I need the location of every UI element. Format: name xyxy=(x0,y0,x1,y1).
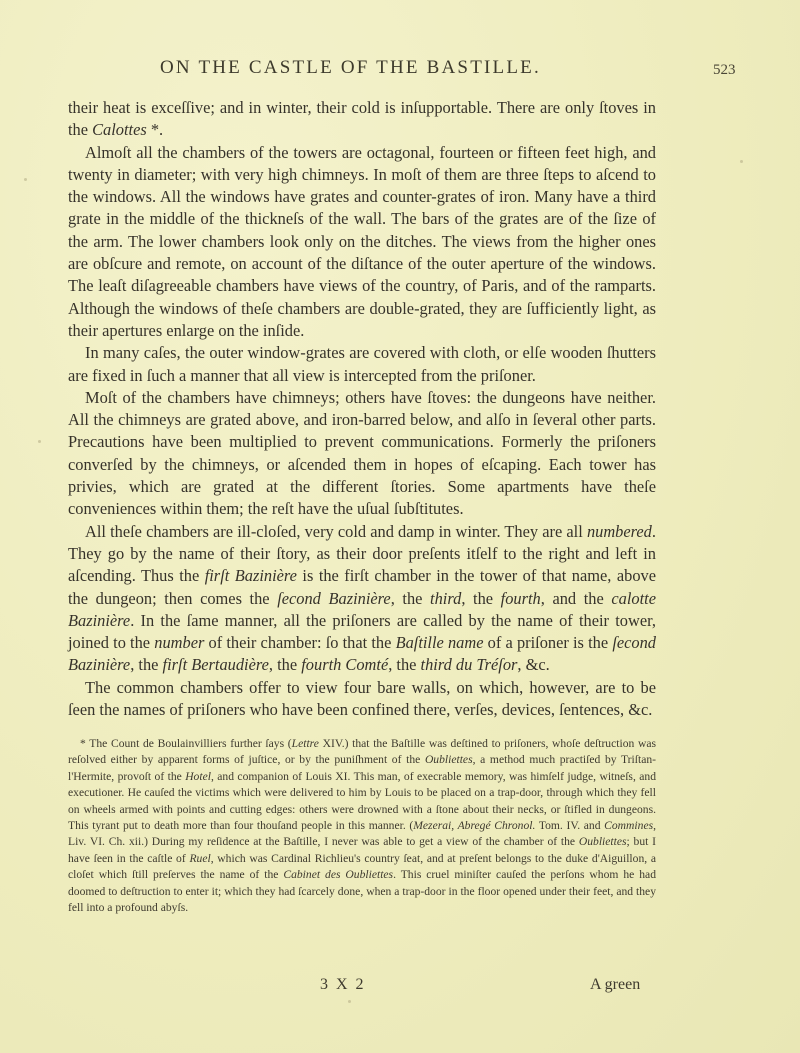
italic-text: number xyxy=(154,633,204,652)
paragraph: In many caſes, the outer window-grates a… xyxy=(68,342,656,387)
italic-text: Oubliettes xyxy=(579,835,627,848)
text-run: , the xyxy=(388,655,420,674)
italic-text: Lettre xyxy=(292,737,319,750)
italic-text: Calottes xyxy=(92,120,147,139)
italic-text: ſecond Bazinière xyxy=(277,589,391,608)
footnote-text: * The Count de Boulainvilliers further ſ… xyxy=(68,736,656,916)
italic-text: third xyxy=(430,589,461,608)
paragraph: Almoſt all the chambers of the towers ar… xyxy=(68,142,656,343)
text-run: , the xyxy=(269,655,301,674)
text-run: Almoſt all the chambers of the towers ar… xyxy=(68,143,656,340)
text-run: The common chambers offer to view four b… xyxy=(68,678,656,719)
text-run: *. xyxy=(147,120,163,139)
italic-text: Cabinet des Oubliettes xyxy=(283,868,393,881)
text-run: of their chamber: ſo that the xyxy=(204,633,395,652)
italic-text: Hotel xyxy=(185,770,211,783)
paper-speck xyxy=(24,178,27,181)
text-run: , and the xyxy=(541,589,612,608)
text-run: All theſe chambers are ill-cloſed, very … xyxy=(85,522,587,541)
italic-text: Baſtille name xyxy=(396,633,484,652)
paragraph: their heat is exceſſive; and in winter, … xyxy=(68,97,656,142)
italic-text: firſt Bertaudière xyxy=(163,655,269,674)
text-run: In many caſes, the outer window-grates a… xyxy=(68,343,656,384)
paper-speck xyxy=(740,160,743,163)
running-title: ON THE CASTLE OF THE BASTILLE. xyxy=(160,57,570,79)
catchword: A green xyxy=(590,976,640,994)
book-page: ON THE CASTLE OF THE BASTILLE. 523 their… xyxy=(0,0,800,1053)
paragraph: All theſe chambers are ill-cloſed, very … xyxy=(68,521,656,677)
italic-text: firſt Bazinière xyxy=(205,566,297,585)
signature-mark: 3 X 2 xyxy=(320,976,366,994)
text-run: * The Count de Boulainvilliers further ſ… xyxy=(80,737,292,750)
italic-text: numbered xyxy=(587,522,652,541)
italic-text: fourth xyxy=(501,589,541,608)
italic-text: third du Tréſor xyxy=(421,655,518,674)
text-run: , the xyxy=(130,655,162,674)
text-run: , the xyxy=(391,589,430,608)
text-run: Tom. IV. and xyxy=(535,819,604,832)
text-run: Moſt of the chambers have chimneys; othe… xyxy=(68,388,656,518)
italic-text: Mezerai, Abregé Chronol. xyxy=(413,819,535,832)
footnote: * The Count de Boulainvilliers further ſ… xyxy=(68,736,656,916)
paper-speck xyxy=(348,1000,351,1003)
text-run: of a priſoner is the xyxy=(484,633,613,652)
paper-speck xyxy=(38,440,41,443)
page-number: 523 xyxy=(713,62,736,79)
italic-text: Ruel xyxy=(189,852,210,865)
italic-text: fourth Comté xyxy=(301,655,388,674)
paragraph: Moſt of the chambers have chimneys; othe… xyxy=(68,387,656,521)
paragraph: The common chambers offer to view four b… xyxy=(68,677,656,722)
text-run: , &c. xyxy=(517,655,549,674)
main-text: their heat is exceſſive; and in winter, … xyxy=(68,97,656,721)
text-run: , the xyxy=(461,589,500,608)
italic-text: Commines xyxy=(604,819,653,832)
italic-text: Oubliettes xyxy=(425,753,473,766)
